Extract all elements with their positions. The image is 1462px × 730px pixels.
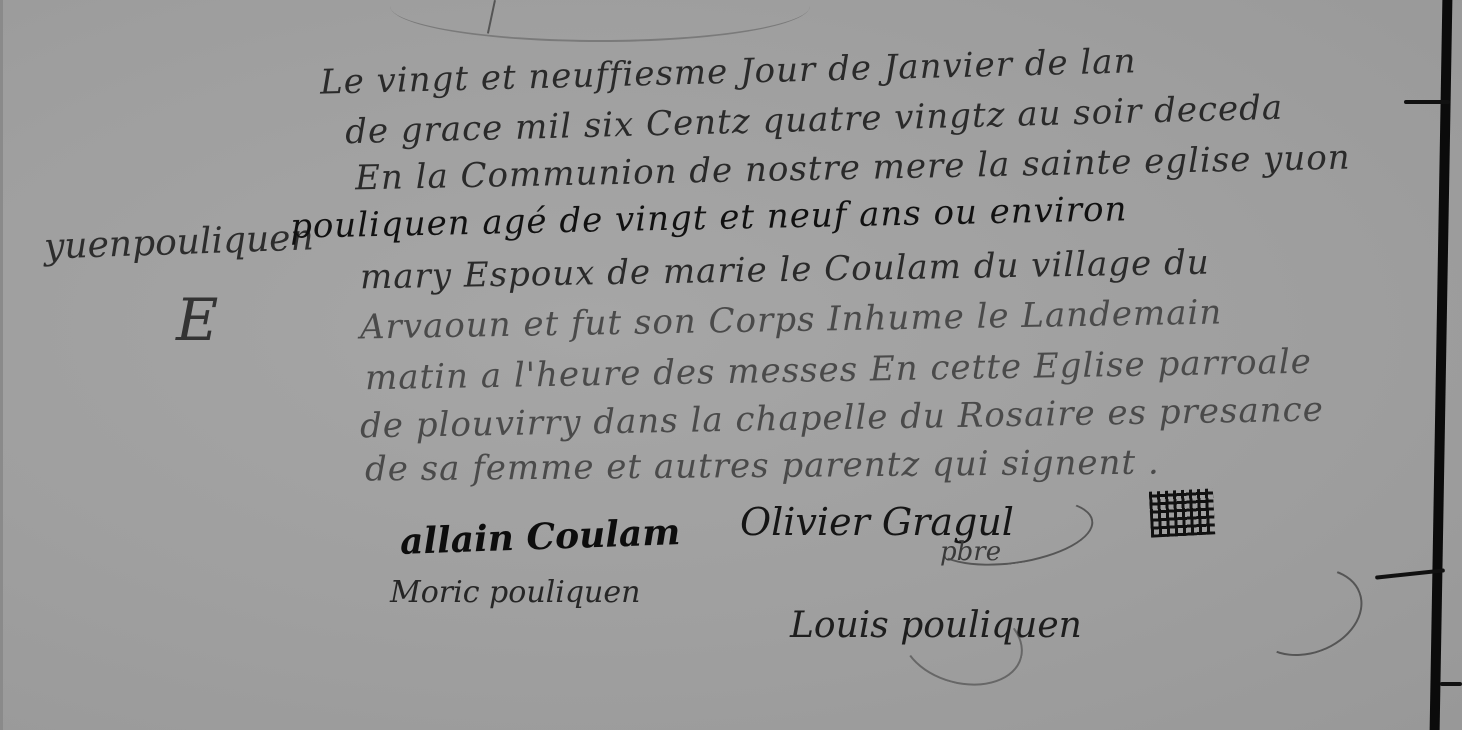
border-tick	[1440, 682, 1462, 686]
margin-letter-mark: E	[176, 286, 218, 354]
signature-flourish	[891, 585, 1033, 698]
record-line-8: de plouvirry dans la chapelle du Rosaire…	[360, 390, 1324, 447]
record-line-5: mary Espoux de marie le Coulam du villag…	[360, 243, 1210, 298]
signature-moric-pouliquen: Moric pouliquen	[390, 575, 640, 610]
record-line-7: matin a l'heure des messes En cette Egli…	[365, 342, 1312, 399]
left-page-edge	[0, 0, 3, 730]
cross-hatch-mark-icon	[1149, 488, 1215, 537]
record-line-6: Arvaoun et fut son Corps Inhume le Lande…	[360, 292, 1223, 347]
page-right-border-line	[1430, 0, 1453, 730]
margin-name-annotation: yuenpouliquen	[43, 217, 314, 267]
signature-flourish	[1239, 553, 1375, 671]
document-page: yuenpouliquen E Le vingt et neuffiesme J…	[0, 0, 1462, 730]
record-line-9: de sa femme et autres parentz qui signen…	[365, 443, 1160, 490]
signature-allain-coulam: allain Coulam	[399, 511, 681, 563]
top-flourish-decoration	[390, 0, 810, 42]
record-line-4: pouliquen agé de vingt et neuf ans ou en…	[290, 189, 1128, 247]
record-line-1: Le vingt et neuffiesme Jour de Janvier d…	[320, 41, 1137, 102]
border-tick	[1404, 100, 1450, 104]
